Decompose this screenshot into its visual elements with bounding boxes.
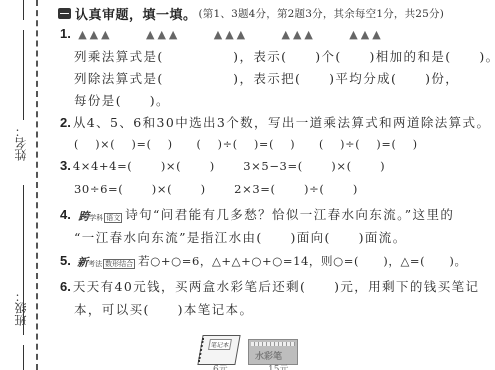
- triangle-group-icon: ▲▲▲: [214, 28, 248, 41]
- q4-line1: 4. 跨学科语文诗句“问君能有几多愁？恰似一江春水向东流。”这里的: [60, 205, 454, 224]
- paintbox-price: 15元: [268, 362, 288, 370]
- new-method-tag: 新考法数形结合: [77, 254, 135, 270]
- question-number: 6.: [60, 279, 71, 294]
- question-number: 5.: [60, 253, 71, 268]
- binding-margin: 姓名： 班级：: [0, 0, 40, 370]
- tag-big: 跨: [78, 210, 89, 223]
- paintbox-pens: [251, 342, 295, 346]
- q2-prompt: 2.从4、5、6和30中选出3个数，写出一道乘法算式和两道除法算式。: [60, 113, 490, 131]
- q6-line2: 本，可以买( )本笔记本。: [74, 300, 253, 318]
- q1-triangles: 1. ▲▲▲ ▲▲▲ ▲▲▲ ▲▲▲ ▲▲▲: [60, 26, 412, 41]
- q2-text: 从4、5、6和30中选出3个数，写出一道乘法算式和两道除法算式。: [73, 115, 491, 130]
- section-header: 认真审题，填一填。 (第1、3题4分，第2题3分，其余每空1分，共25分): [58, 4, 444, 23]
- tag-small: 学科: [89, 214, 103, 222]
- q4-line2: “一江春水向东流”是指江水由( )面向( )面流。: [74, 228, 407, 246]
- triangle-group-icon: ▲▲▲: [78, 28, 112, 41]
- tag-box: 数形结合: [103, 259, 135, 269]
- question-number: 1.: [60, 26, 71, 41]
- section-title: 认真审题，填一填。: [75, 4, 197, 23]
- name-label: 姓名：: [12, 125, 30, 161]
- margin-line: [23, 30, 24, 120]
- tag-box: 语文: [104, 213, 122, 223]
- q6-text: 天天有40元钱，买两盒水彩笔后还剩( )元，用剩下的钱买笔记: [73, 279, 480, 294]
- q4-text: 诗句“问君能有几多愁？恰似一江春水向东流。”这里的: [125, 207, 454, 222]
- q1-line1: 列乘法算式是( )，表示( )个( )相加的和是( )。: [74, 47, 495, 65]
- notebook-icon: 笔记本: [197, 335, 240, 365]
- notebook-label: 笔记本: [208, 339, 232, 350]
- margin-line: [23, 0, 24, 20]
- q1-line2: 列除法算式是( )，表示把( )平均分成( )份，: [74, 69, 459, 87]
- cut-line: [36, 0, 38, 370]
- q3-line2: 30÷6=( )×( ) 2×3=( )÷( ): [74, 181, 358, 197]
- paintbox-label: 水彩笔: [255, 349, 282, 362]
- q5-line: 5. 新考法数形结合若○+○=6，△+△+○+○=14，则○=( )，△=( )…: [60, 253, 467, 270]
- class-label: 班级：: [12, 290, 30, 326]
- q3-line1-text: 4×4+4=( )×( ) 3×5−3=( )×( ): [73, 159, 385, 173]
- q3-line1: 3.4×4+4=( )×( ) 3×5−3=( )×( ): [60, 158, 385, 174]
- notebook-price: 6元: [213, 362, 228, 370]
- question-number: 4.: [60, 207, 71, 222]
- margin-line: [23, 345, 24, 370]
- question-number: 2.: [60, 115, 71, 130]
- triangle-group-icon: ▲▲▲: [282, 28, 316, 41]
- section-score-note: (第1、3题4分，第2题3分，其余每空1分，共25分): [199, 6, 445, 21]
- price-pictures: 笔记本 水彩笔: [200, 335, 298, 365]
- q5-text: 若○+○=6，△+△+○+○=14，则○=( )，△=( )。: [138, 254, 467, 268]
- tag-small: 考法: [88, 260, 102, 268]
- q6-line1: 6.天天有40元钱，买两盒水彩笔后还剩( )元，用剩下的钱买笔记: [60, 277, 479, 295]
- triangle-group-icon: ▲▲▲: [146, 28, 180, 41]
- tag-big: 新: [77, 256, 88, 269]
- cross-subject-tag: 跨学科语文: [78, 208, 122, 224]
- section-marker-icon: [58, 8, 71, 19]
- triangle-group-icon: ▲▲▲: [349, 28, 383, 41]
- q2-blanks: ( )×( )=( ) ( )÷( )=( ) ( )÷( )=( ): [74, 136, 418, 152]
- question-number: 3.: [60, 158, 71, 173]
- q1-line3: 每份是( )。: [74, 91, 170, 109]
